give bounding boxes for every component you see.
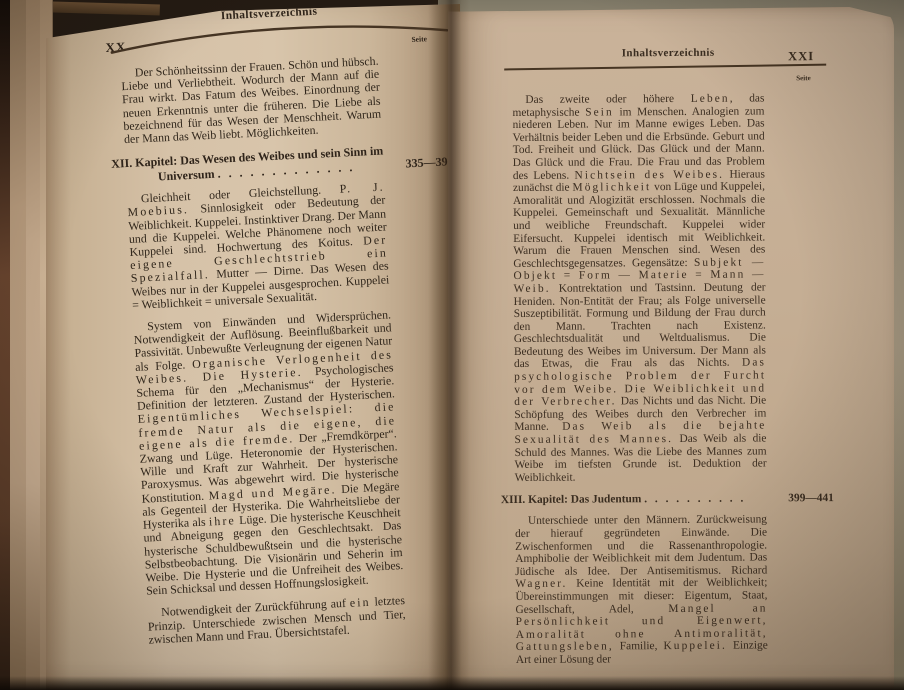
paragraph-text: Unterschiede unter den Männern. Zurückwe… [515, 514, 767, 578]
toc-paragraph: Gleichheit oder Gleichstellung. P. J. Mo… [127, 181, 390, 312]
right-page: Inhaltsverzeichnis XXI Seite Das zweite … [448, 7, 894, 690]
toc-paragraph: Unterschiede unter den Männern. Zurückwe… [515, 514, 768, 667]
toc-blocks-right: Das zweite oder höhere Leben, das metaph… [498, 92, 851, 667]
chapter-title: XIII. Kapitel: Das Judentum [501, 494, 644, 507]
paragraph-text: Familie, [614, 640, 664, 652]
dot-leader: . . . . . . . . . . [644, 493, 744, 506]
toc-paragraph: Der Schönheitssinn der Frauen. Schön und… [121, 55, 383, 147]
toc-paragraph: Das zweite oder höhere Leben, das metaph… [512, 92, 766, 484]
right-page-header: Inhaltsverzeichnis XXI Seite [498, 46, 848, 94]
paragraph-text: Kontrektation und Tastsinn. Deutung der … [514, 281, 766, 370]
left-page: XX Inhaltsverzeichnis Seite Der Schönhei… [46, 4, 460, 690]
header-rule-right [504, 64, 826, 71]
emphasized-spaced-text: Möglichkeit [572, 181, 651, 193]
toc-paragraph: Notwendigkeit der Zurückführung auf ein … [147, 594, 407, 646]
toc-paragraph: System von Einwänden und Widersprüchen. … [133, 308, 404, 598]
emphasized-spaced-text: Wagner. [515, 578, 567, 590]
page-edges-left [0, 0, 54, 690]
seite-label-right: Seite [796, 74, 810, 82]
paragraph-text: Das zweite oder höhere [525, 93, 690, 106]
emphasized-spaced-text: Kuppelei. [663, 640, 727, 652]
emphasized-spaced-text: Nichtsein des Weibes. [574, 168, 724, 181]
paragraph-text: Der Schönheitssinn der Frauen. Schön und… [121, 54, 381, 147]
book-photo: XX Inhaltsverzeichnis Seite Der Schönhei… [0, 0, 904, 690]
left-page-content: XX Inhaltsverzeichnis Seite Der Schönhei… [104, 4, 460, 656]
right-page-content: Inhaltsverzeichnis XXI Seite Das zweite … [498, 46, 852, 675]
emphasized-spaced-text: Sein [585, 106, 614, 118]
chapter-page-range: 399—441 [778, 492, 834, 505]
chapter-page-range: 335—398 [395, 154, 454, 171]
running-head-right: Inhaltsverzeichnis [518, 46, 818, 60]
toc-blocks-left: Der Schönheitssinn der Frauen. Schön und… [107, 51, 460, 647]
page-edge-strip [26, 0, 41, 690]
toc-chapter-entry: XII. Kapitel: Das Wesen des Weibes und s… [111, 141, 434, 186]
page-edge-strip [10, 0, 27, 690]
toc-chapter-entry: XIII. Kapitel: Das Judentum . . . . . . … [501, 492, 833, 507]
emphasized-spaced-text: Leben [691, 93, 730, 105]
seite-label-left: Seite [411, 34, 427, 44]
page-number-right: XXI [788, 49, 814, 64]
